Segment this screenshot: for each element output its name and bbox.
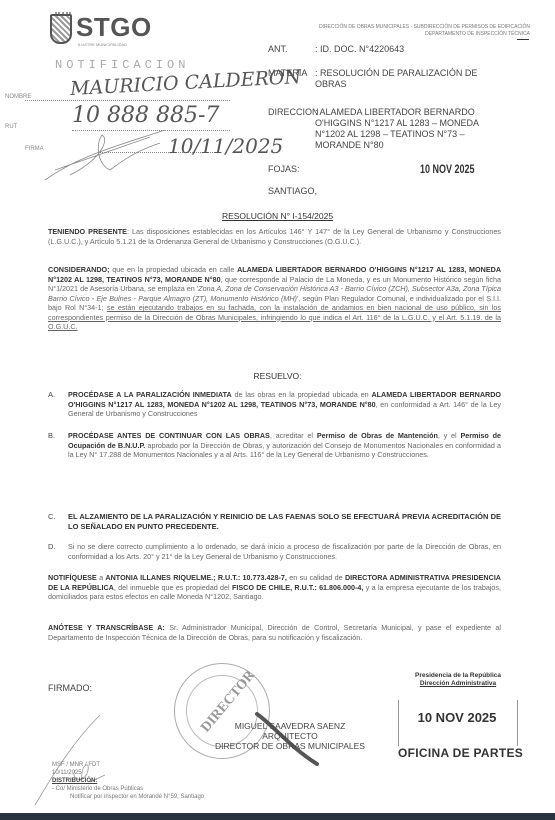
reception-stamp-header: Presidencia de la República Dirección Ad… — [398, 672, 518, 688]
date-handwritten: 10/11/2025 — [168, 134, 283, 158]
considerando-infraction: se están ejecutando trabajos en su facha… — [48, 303, 501, 331]
municipality-logo: STGO ILUSTRE MUNICIPALIDAD — [50, 10, 160, 50]
item-body: PROCÉDASE ANTES DE CONTINUAR CON LAS OBR… — [68, 431, 501, 460]
notifiquese-text-2: en su calidad de — [287, 573, 345, 582]
notifiquese-text-3: , del inmueble que es propiedad del — [114, 583, 232, 592]
footer-initials: MSF / MNR / FDT — [52, 761, 204, 769]
reception-stamp-line-2: Dirección Administrativa — [398, 680, 518, 688]
notifiquese-person: ANTONIA ILLANES RIQUELME.; R.U.T.: 10.77… — [105, 573, 287, 582]
anotese-lead: ANÓTESE Y TRANSCRÍBASE A: — [48, 623, 165, 632]
signatory-block: MIGUEL SAAVEDRA SAENZ ARQUITECTO DIRECTO… — [210, 721, 370, 751]
resuelvo-item-c: C. EL ALZAMIENTO DE LA PARALIZACIÓN Y RE… — [48, 512, 501, 534]
signatory-name: MIGUEL SAAVEDRA SAENZ — [210, 721, 370, 731]
item-b-text-1: , acreditar el — [270, 431, 317, 440]
distribution-heading: DISTRIBUCIÓN: — [52, 777, 204, 785]
resuelvo-item-d: D. Si no se diere correcto cumplimiento … — [48, 542, 501, 564]
notification-title: NOTIFICACION — [55, 58, 189, 72]
resuelvo-item-b: B. PROCÉDASE ANTES DE CONTINUAR CON LAS … — [48, 431, 501, 471]
considerando-lead: CONSIDERANDO; — [48, 265, 110, 274]
fojas-date-stamp: 10 NOV 2025 — [420, 162, 475, 176]
document-page: STGO ILUSTRE MUNICIPALIDAD DIRECCIÓN DE … — [0, 0, 555, 813]
firmado-label: FIRMADO: — [48, 683, 92, 693]
signatory-role: ARQUITECTO — [210, 731, 370, 741]
item-letter: C. — [48, 512, 56, 522]
item-letter: D. — [48, 542, 56, 552]
logo-text: STGO — [76, 12, 152, 43]
fojas-label: FOJAS: — [268, 164, 300, 174]
teniendo-presente-paragraph: TENIENDO PRESENTE: Las disposiciones est… — [48, 227, 501, 246]
resuelvo-item-a: A. PROCÉDASE A LA PARALIZACIÓN INMEDIATA… — [48, 390, 501, 420]
place-label: SANTIAGO, — [268, 186, 317, 196]
signature-scribble-icon — [40, 125, 170, 185]
item-letter: A. — [48, 390, 55, 400]
signatory-position: DIRECTOR DE OBRAS MUNICIPALES — [210, 741, 370, 751]
direccion-label: DIRECCION — [268, 107, 319, 117]
considerando-text-1: que en la propiedad ubicada en calle — [110, 265, 238, 274]
resuelvo-heading: RESUELVO: — [0, 371, 555, 381]
notifiquese-paragraph: NOTIFÍQUESE a ANTONIA ILLANES RIQUELME.;… — [48, 573, 501, 602]
considerando-paragraph: CONSIDERANDO; que en la propiedad ubicad… — [48, 265, 501, 332]
materia-value: : RESOLUCIÓN DE PARALIZACIÓN DE OBRAS — [315, 68, 485, 90]
resolution-title: RESOLUCIÓN N° I-154/2025 — [0, 211, 555, 221]
item-a-bold-1: PROCÉDASE A LA PARALIZACIÓN INMEDIATA — [68, 390, 232, 399]
direccion-value: : ALAMEDA LIBERTADOR BERNARDO O'HIGGINS … — [315, 107, 495, 151]
coat-of-arms-icon — [50, 14, 72, 44]
department-line-2: DEPARTAMENTO DE INSPECCIÓN TÉCNICA — [319, 31, 530, 38]
name-line — [25, 100, 230, 101]
item-a-text-1: de las obras en la propiedad ubicada en — [232, 390, 372, 399]
anotese-paragraph: ANÓTESE Y TRANSCRÍBASE A: Sr. Administra… — [48, 623, 501, 642]
department-line-1: DIRECCIÓN DE OBRAS MUNICIPALES - SUBDIRE… — [319, 24, 530, 31]
item-body: EL ALZAMIENTO DE LA PARALIZACIÓN Y REINI… — [68, 512, 501, 531]
item-b-bold-1: PROCÉDASE ANTES DE CONTINUAR CON LAS OBR… — [68, 431, 270, 440]
rut-label: RUT — [5, 124, 17, 130]
reception-stamp-date: 10 NOV 2025 — [398, 710, 516, 725]
logo-subtitle: ILUSTRE MUNICIPALIDAD — [78, 42, 127, 47]
item-b-bold-2: Permiso de Obras de Mantención — [317, 431, 438, 440]
notifiquese-lead: NOTIFÍQUESE — [48, 573, 97, 582]
ant-label: ANT. — [268, 44, 288, 54]
item-letter: B. — [48, 431, 55, 441]
footer-block: MSF / MNR / FDT 10/11/2025 DISTRIBUCIÓN:… — [52, 761, 204, 801]
distribution-line-1: - Co/ Ministerio de Obras Públicas — [52, 785, 204, 793]
department-rule — [517, 39, 529, 40]
distribution-line-2: Notificar por inspector en Morandé N°59,… — [52, 793, 204, 801]
viewer-bottom-bar — [0, 813, 555, 820]
notifiquese-fisco: FISCO DE CHILE, R.U.T.: 61.806.000-4, — [232, 583, 363, 592]
item-b-text-2: , y el — [438, 431, 461, 440]
footer-date: 10/11/2025 — [52, 769, 204, 777]
teniendo-lead: TENIENDO PRESENTE — [48, 227, 127, 236]
reception-stamp-footer: OFICINA DE PARTES — [398, 746, 523, 760]
item-body: Si no se diere correcto cumplimiento a l… — [68, 542, 501, 561]
department-heading: DIRECCIÓN DE OBRAS MUNICIPALES - SUBDIRE… — [319, 24, 530, 38]
ant-value: : ID. DOC. N°4220643 — [315, 44, 404, 55]
reception-stamp-line-1: Presidencia de la República — [398, 672, 518, 680]
item-body: PROCÉDASE A LA PARALIZACIÓN INMEDIATA de… — [68, 390, 501, 419]
